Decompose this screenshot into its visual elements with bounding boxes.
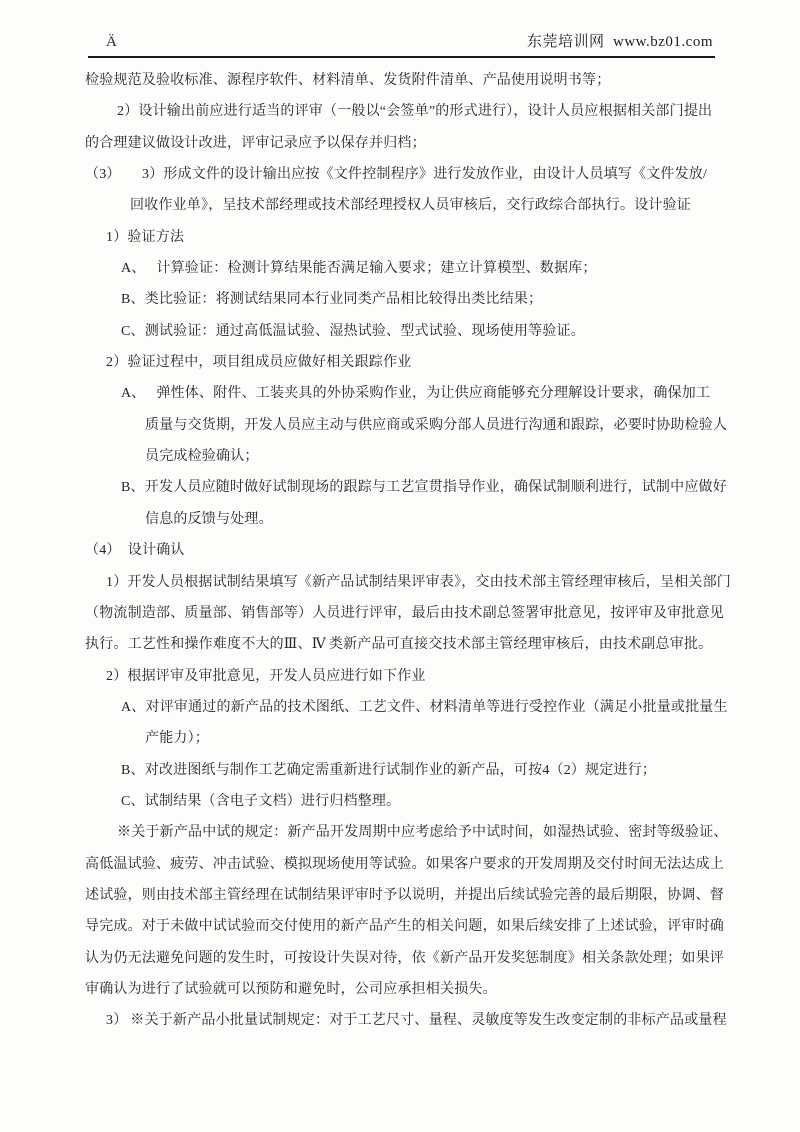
text-line: 2）根据评审及审批意见，开发人员应进行如下作业 <box>85 661 719 692</box>
header-site-text: 东莞培训网 www.bz01.com <box>527 30 713 51</box>
document-body: 检验规范及验收标准、源程序软件、材料清单、发货附件清单、产品使用说明书等；2）设… <box>85 58 719 1037</box>
text-line: 产能力）； <box>85 723 719 754</box>
text-line: 述试验，则由技术部主管经理在试制结果评审时予以说明，并提出后续试验完善的最后期限… <box>85 880 719 911</box>
text-line: 2）设计输出前应进行适当的评审（一般以“会签单”的形式进行），设计人员应根据相关… <box>85 96 719 127</box>
text-line: 质量与交货期，开发人员应主动与供应商或采购分部人员进行沟通和跟踪，必要时协助检验… <box>85 410 719 441</box>
text-line: 导完成。对于未做中试试验而交付使用的新产品产生的相关问题，如果后续安排了上述试验… <box>85 911 719 942</box>
text-line: 回收作业单》，呈技术部经理或技术部经理授权人员审核后，交行政综合部执行。设计验证 <box>85 190 719 221</box>
text-line: B、对改进图纸与制作工艺确定需重新进行试制作业的新产品，可按4（2）规定进行； <box>85 755 719 786</box>
text-line: （4） 设计确认 <box>85 535 719 566</box>
text-line: 3） ※关于新产品小批量试制规定：对于工艺尺寸、量程、灵敏度等发生改变定制的非标… <box>85 1005 719 1036</box>
text-line: 的合理建议做设计改进，评审记录应予以保存并归档； <box>85 128 719 159</box>
text-line: 2）验证过程中，项目组成员应做好相关跟踪作业 <box>85 347 719 378</box>
text-line: B、开发人员应随时做好试制现场的跟踪与工艺宣贯指导作业，确保试制顺利进行，试制中… <box>85 472 719 503</box>
text-line: ※关于新产品中试的规定：新产品开发周期中应考虑给予中试时间，如湿热试验、密封等级… <box>85 817 719 848</box>
text-line: A、 弹性体、附件、工装夹具的外协采购作业，为让供应商能够充分理解设计要求，确保… <box>85 378 719 409</box>
text-line: 检验规范及验收标准、源程序软件、材料清单、发货附件清单、产品使用说明书等； <box>85 65 719 96</box>
text-line: 高低温试验、疲劳、冲击试验、模拟现场使用等试验。如果客户要求的开发周期及交付时间… <box>85 849 719 880</box>
text-line: A、对评审通过的新产品的技术图纸、工艺文件、材料清单等进行受控作业（满足小批量或… <box>85 692 719 723</box>
text-line: （3） 3）形成文件的设计输出应按《文件控制程序》进行发放作业，由设计人员填写《… <box>85 159 719 190</box>
header-left-mark: Ä <box>106 34 117 51</box>
text-line: 认为仍无法避免问题的发生时，可按设计失误对待，依《新产品开发奖惩制度》相关条款处… <box>85 943 719 974</box>
text-line: C、测试验证：通过高低温试验、湿热试验、型式试验、现场使用等验证。 <box>85 316 719 347</box>
text-line: 审确认为进行了试验就可以预防和避免时，公司应承担相关损失。 <box>85 974 719 1005</box>
text-line: 执行。工艺性和操作难度不大的Ⅲ、Ⅳ 类新产品可直接交技术部主管经理审核后，由技术… <box>85 629 719 660</box>
text-line: 员完成检验确认； <box>85 441 719 472</box>
text-line: （物流制造部、质量部、销售部等）人员进行评审，最后由技术副总签署审批意见，按评审… <box>85 598 719 629</box>
text-line: 信息的反馈与处理。 <box>85 504 719 535</box>
text-line: 1）开发人员根据试制结果填写《新产品试制结果评审表》，交由技术部主管经理审核后，… <box>85 567 719 598</box>
text-line: 1）验证方法 <box>85 222 719 253</box>
text-line: A、 计算验证：检测计算结果能否满足输入要求；建立计算模型、数据库； <box>85 253 719 284</box>
page-header: Ä 东莞培训网 www.bz01.com <box>88 0 715 58</box>
text-line: B、类比验证：将测试结果同本行业同类产品相比较得出类比结果； <box>85 284 719 315</box>
text-line: C、试制结果（含电子文档）进行归档整理。 <box>85 786 719 817</box>
document-page: Ä 东莞培训网 www.bz01.com 检验规范及验收标准、源程序软件、材料清… <box>0 0 800 1132</box>
